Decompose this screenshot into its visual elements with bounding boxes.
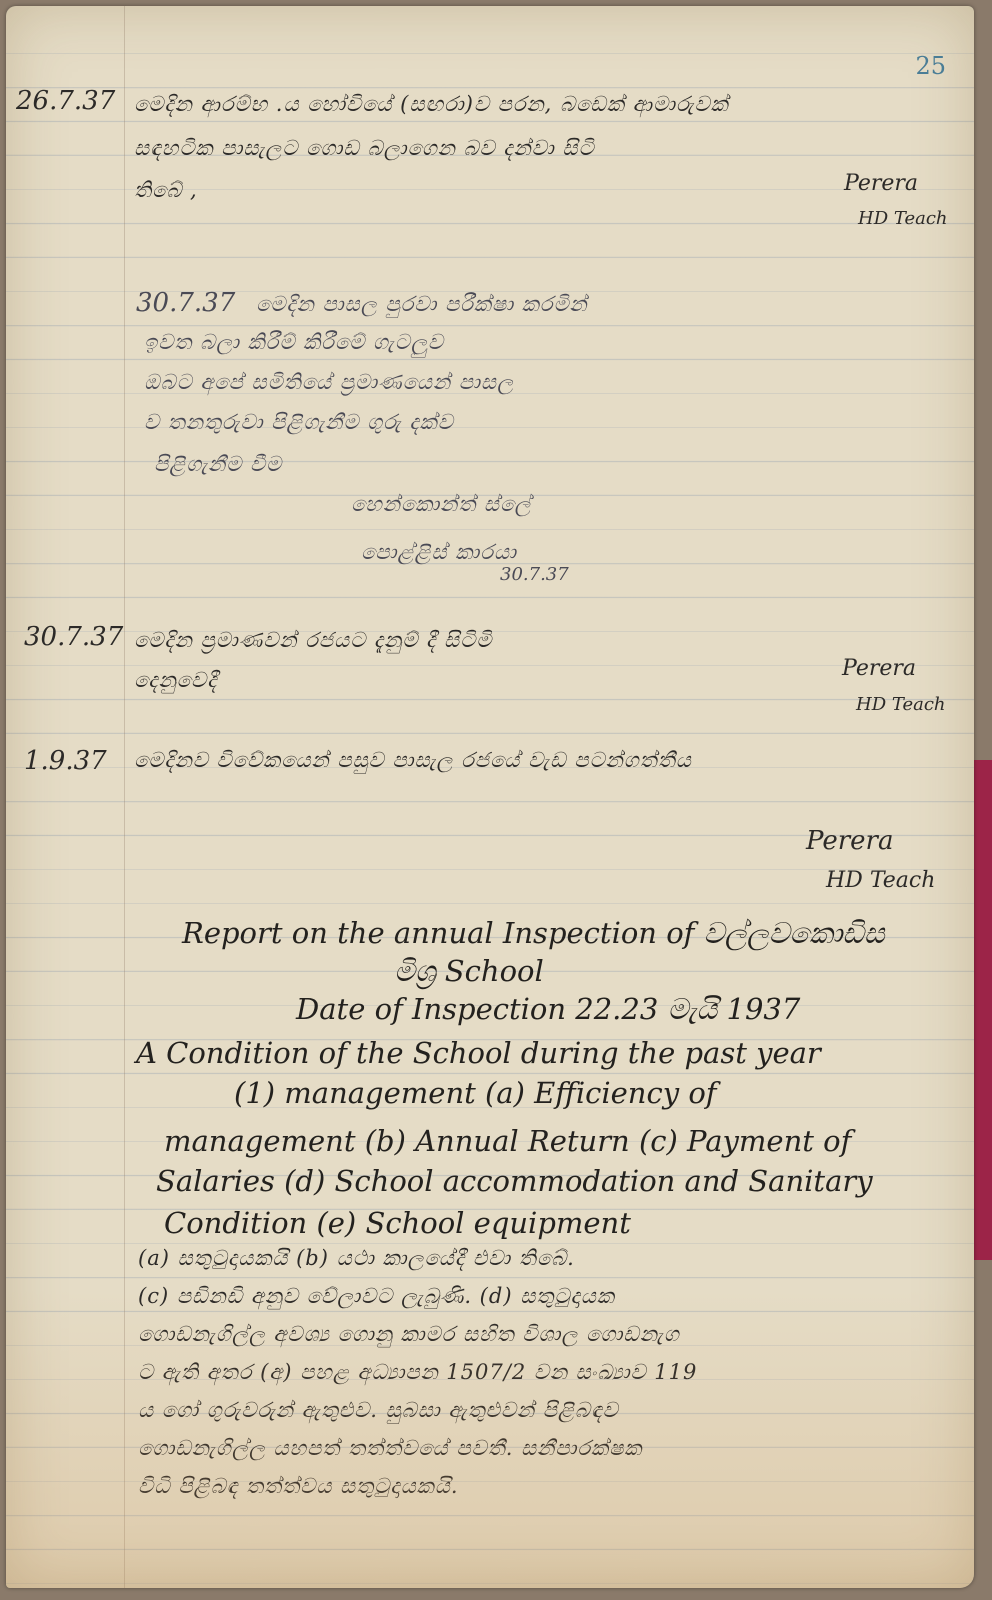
report-sinhala-line: (c) පඩිනඩි අනුව වේලාවට ලැබුණි. (d) සතුටු… xyxy=(138,1284,615,1309)
logbook-page: 25 26.7.37 මෙදින ආරම්භ .ය හෝවියේ (සඟරා)ව… xyxy=(6,6,974,1588)
report-item-line: (1) management (a) Efficiency of xyxy=(234,1076,717,1110)
signature-title: HD Teach xyxy=(826,868,935,893)
signature-title: HD Teach xyxy=(858,208,948,229)
entry-line: දෙනුවෙදී xyxy=(134,668,217,693)
report-school-name: මිශ්‍ර School xyxy=(394,954,544,989)
entry-line: මෙදිනව විවේකයෙන් පසුව පාසැල රජයේ වැඩ පටන… xyxy=(134,748,692,773)
report-sinhala-line: ට ඇති අතර (අ) පහළ අධ්‍යාපන 1507/2 වන සංඛ… xyxy=(138,1360,697,1385)
entry-line: මෙදින ප්‍රමාණවන් රජයට දැනුම් දී සිටිමි xyxy=(134,628,492,653)
entry-line: පිළිගැනීම වීම xyxy=(154,452,282,477)
report-item-line: Condition (e) School equipment xyxy=(164,1206,631,1240)
margin-line xyxy=(124,6,125,1588)
entry-line: ඔබට අපේ සමිතියේ ප්‍රමාණයෙන් පාසල xyxy=(144,370,514,395)
entry-date: 30.7.37 xyxy=(136,288,235,318)
signature: Perera xyxy=(844,171,918,196)
signature-name: හෙන්කොන්ත් ස්ලේ xyxy=(351,492,531,517)
entry-line: සඳහටික පාසැලට ගොඩ බලාගෙන බව දන්වා සිටි xyxy=(134,136,595,161)
report-item-line: management (b) Annual Return (c) Payment… xyxy=(164,1124,851,1158)
entry-line: මෙදින ආරම්භ .ය හෝවියේ (සඟරා)ව පරන, බඩෙක්… xyxy=(134,92,729,117)
report-item-line: Salaries (d) School accommodation and Sa… xyxy=(156,1164,873,1198)
report-sinhala-line: විධි පිළිබඳ තත්ත්වය සතුටුදායකයි. xyxy=(138,1474,459,1499)
report-sinhala-line: ය ගෝ ගුරුවරුන් ඇතුළුව. සුබසා ඇතුළුවන් පි… xyxy=(138,1398,619,1423)
entry-line: මෙදින පාසල පුරවා පරීක්ෂා කරමින් xyxy=(256,292,588,317)
signature-title: HD Teach xyxy=(856,694,946,715)
report-inspection-date: Date of Inspection 22.23 මැයි 1937 xyxy=(296,992,800,1027)
report-sinhala-line: ගොඩනැගිල්ල යහපත් තත්ත්වයේ පවතී. සනීපාරක්… xyxy=(138,1436,642,1461)
report-sinhala-line: (a) සතුටුදායකයි (b) යථා කාලයේදී එවා තිබේ… xyxy=(138,1246,575,1271)
signature-role: පොළ්ළිස් කාරයා xyxy=(361,540,517,565)
entry-line: ව තනතුරුවා පිළිගැනීම ගුරු දක්ව xyxy=(144,410,454,435)
page-number: 25 xyxy=(915,52,946,80)
entry-line: තිබේ , xyxy=(134,178,198,203)
signature: Perera xyxy=(806,826,893,856)
entry-line: ඉවත බලා කිරීම් කිරීමේ ගැටලුව xyxy=(144,330,444,355)
report-sinhala-line: ගොඩනැගිල්ල අවශ්‍ය ගොනු කාමර සහිත විශාල ග… xyxy=(138,1322,680,1347)
signature: Perera xyxy=(842,656,916,681)
report-section-a: A Condition of the School during the pas… xyxy=(136,1036,821,1070)
report-title: Report on the annual Inspection of වල්ලව… xyxy=(182,916,885,951)
entry-date: 30.7.37 xyxy=(24,622,123,652)
entry-date: 26.7.37 xyxy=(16,86,115,116)
signature-date: 30.7.37 xyxy=(500,564,569,585)
entry-date: 1.9.37 xyxy=(24,746,107,776)
